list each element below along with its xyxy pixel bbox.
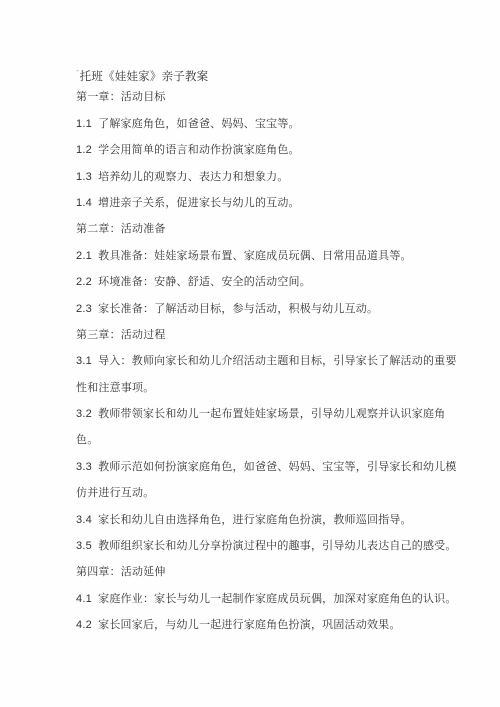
item-3-1: 3.1 导入：教师向家长和幼儿介绍活动主题和目标，引导家长了解活动的重要 — [76, 348, 446, 374]
document-title-line: -托班《娃娃家》亲子教案 — [76, 58, 446, 84]
item-1-4: 1.4 增进亲子关系，促进家长与幼儿的互动。 — [76, 190, 446, 216]
item-2-2: 2.2 环境准备：安静、舒适、安全的活动空间。 — [76, 269, 446, 295]
item-4-2: 4.2 家长回家后，与幼儿一起进行家庭角色扮演，巩固活动效果。 — [76, 612, 446, 638]
title-leading-mark: - — [76, 58, 79, 84]
item-3-2: 3.2 教师带领家长和幼儿一起布置娃娃家场景，引导幼儿观察并认识家庭角 — [76, 401, 446, 427]
item-3-3: 3.3 教师示范如何扮演家庭角色，如爸爸、妈妈、宝宝等，引导家长和幼儿模 — [76, 454, 446, 480]
document-page: -托班《娃娃家》亲子教案 第一章：活动目标 1.1 了解家庭角色，如爸爸、妈妈、… — [0, 0, 500, 707]
item-1-1: 1.1 了解家庭角色，如爸爸、妈妈、宝宝等。 — [76, 111, 446, 137]
item-1-3: 1.3 培养幼儿的观察力、表达力和想象力。 — [76, 164, 446, 190]
document-body: -托班《娃娃家》亲子教案 第一章：活动目标 1.1 了解家庭角色，如爸爸、妈妈、… — [76, 58, 446, 639]
item-3-4: 3.4 家长和幼儿自由选择角色，进行家庭角色扮演，教师巡回指导。 — [76, 507, 446, 533]
item-3-2-wrap: 色。 — [76, 427, 446, 453]
chapter-4-heading: 第四章：活动延伸 — [76, 559, 446, 585]
document-title: 托班《娃娃家》亲子教案 — [80, 71, 209, 83]
chapter-1-heading: 第一章：活动目标 — [76, 84, 446, 110]
item-4-1: 4.1 家庭作业：家长与幼儿一起制作家庭成员玩偶，加深对家庭角色的认识。 — [76, 586, 446, 612]
chapter-3-heading: 第三章：活动过程 — [76, 322, 446, 348]
chapter-2-heading: 第二章：活动准备 — [76, 216, 446, 242]
item-1-2: 1.2 学会用简单的语言和动作扮演家庭角色。 — [76, 137, 446, 163]
item-2-1: 2.1 教具准备：娃娃家场景布置、家庭成员玩偶、日常用品道具等。 — [76, 243, 446, 269]
item-3-1-wrap: 性和注意事项。 — [76, 375, 446, 401]
item-3-3-wrap: 仿并进行互动。 — [76, 480, 446, 506]
item-3-5: 3.5 教师组织家长和幼儿分享扮演过程中的趣事，引导幼儿表达自己的感受。 — [76, 533, 446, 559]
item-2-3: 2.3 家长准备：了解活动目标，参与活动，积极与幼儿互动。 — [76, 296, 446, 322]
